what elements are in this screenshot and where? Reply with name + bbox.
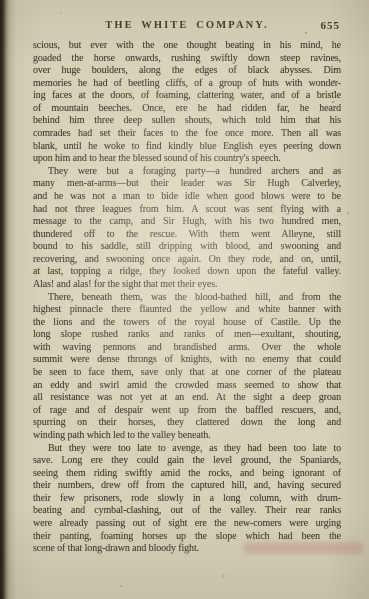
book-page: THE WHITE COMPANY. 655 scious, but ever … bbox=[0, 0, 369, 599]
text-line: their panting, foaming horses up the slo… bbox=[33, 531, 341, 544]
running-header: THE WHITE COMPANY. 655 bbox=[33, 20, 341, 34]
text-line: highest pinnacle there flaunted the yell… bbox=[33, 304, 341, 317]
paragraph: They were but a foraging party—a hundred… bbox=[33, 166, 341, 292]
text-line: be seen to face them, save only that at … bbox=[33, 367, 341, 380]
text-line: their few prisoners, rode slowly in a lo… bbox=[33, 493, 341, 506]
text-line: at last, topping a ridge, they looked do… bbox=[33, 266, 341, 279]
text-line: seeing them riding swiftly amid the rock… bbox=[33, 468, 341, 481]
text-line: of rage and of despair went up from the … bbox=[33, 405, 341, 418]
text-line: all resistance was not yet at an end. At… bbox=[33, 392, 341, 405]
text-line: goaded the horse onwards, rushing swiftl… bbox=[33, 53, 341, 66]
text-line: memories he had of beetling cliffs, of a… bbox=[33, 78, 341, 91]
text-line: Alas! and alas! for the sight that met t… bbox=[33, 279, 341, 292]
text-line: They were but a foraging party—a hundred… bbox=[33, 166, 341, 179]
text-line: blank, until he woke to find kindly blue… bbox=[33, 141, 341, 154]
text-line: scene of that long-drawn and bloody figh… bbox=[33, 543, 341, 556]
text-line: behind him three deep sullen shouts, whi… bbox=[33, 115, 341, 128]
page-text: scious, but ever with the one thought be… bbox=[33, 40, 341, 556]
text-line: winding path which led to the valley ben… bbox=[33, 430, 341, 443]
text-line: and he was not a man to bide idle when g… bbox=[33, 191, 341, 204]
paragraph: But they were too late to avenge, as the… bbox=[33, 443, 341, 556]
text-line: ing faces at the doors, of foaming, clat… bbox=[33, 90, 341, 103]
paragraph: There, beneath them, was the blood-bathe… bbox=[33, 292, 341, 443]
text-line: over huge boulders, along the edges of b… bbox=[33, 65, 341, 78]
text-line: had not three leagues from him. A scout … bbox=[33, 204, 341, 217]
text-line: upon him and to hear the blessed sound o… bbox=[33, 153, 341, 166]
text-line: comrades had set their faces to the foe … bbox=[33, 128, 341, 141]
page-number: 655 bbox=[321, 20, 341, 32]
text-line: long slope rushed ranks and ranks of men… bbox=[33, 329, 341, 342]
text-line: an eddy and swirl amid the crowded mass … bbox=[33, 380, 341, 393]
text-line: spurring on their horses, they clattered… bbox=[33, 417, 341, 430]
text-line: save. Long ere they could gain the level… bbox=[33, 455, 341, 468]
text-line: summit were dense throngs of knights, wi… bbox=[33, 354, 341, 367]
text-line: were already passing out of sight ere th… bbox=[33, 518, 341, 531]
text-line: their numbers, drew off from the capture… bbox=[33, 480, 341, 493]
text-line: But they were too late to avenge, as the… bbox=[33, 443, 341, 456]
text-line: recovering, and swooning once again. On … bbox=[33, 254, 341, 267]
text-line: beating and cymbal-clashing, out of the … bbox=[33, 505, 341, 518]
paper-specks bbox=[0, 0, 2, 2]
running-header-title: THE WHITE COMPANY. bbox=[33, 20, 341, 31]
text-line: scious, but ever with the one thought be… bbox=[33, 40, 341, 53]
text-line: with waving pennons and brandished arms.… bbox=[33, 342, 341, 355]
text-line: There, beneath them, was the blood-bathe… bbox=[33, 292, 341, 305]
text-line: thundered off to the rescue. With them w… bbox=[33, 229, 341, 242]
text-line: bound to his saddle, still dripping with… bbox=[33, 241, 341, 254]
text-line: many men-at-arms—but their leader was Si… bbox=[33, 178, 341, 191]
paragraph: scious, but ever with the one thought be… bbox=[33, 40, 341, 166]
text-line: the lions and the towers of the royal ho… bbox=[33, 317, 341, 330]
text-line: message to the camp, and Sir Hugh, with … bbox=[33, 216, 341, 229]
book-gutter-shadow bbox=[0, 0, 16, 599]
text-line: of mountain beeches. Once, ere he had ri… bbox=[33, 103, 341, 116]
